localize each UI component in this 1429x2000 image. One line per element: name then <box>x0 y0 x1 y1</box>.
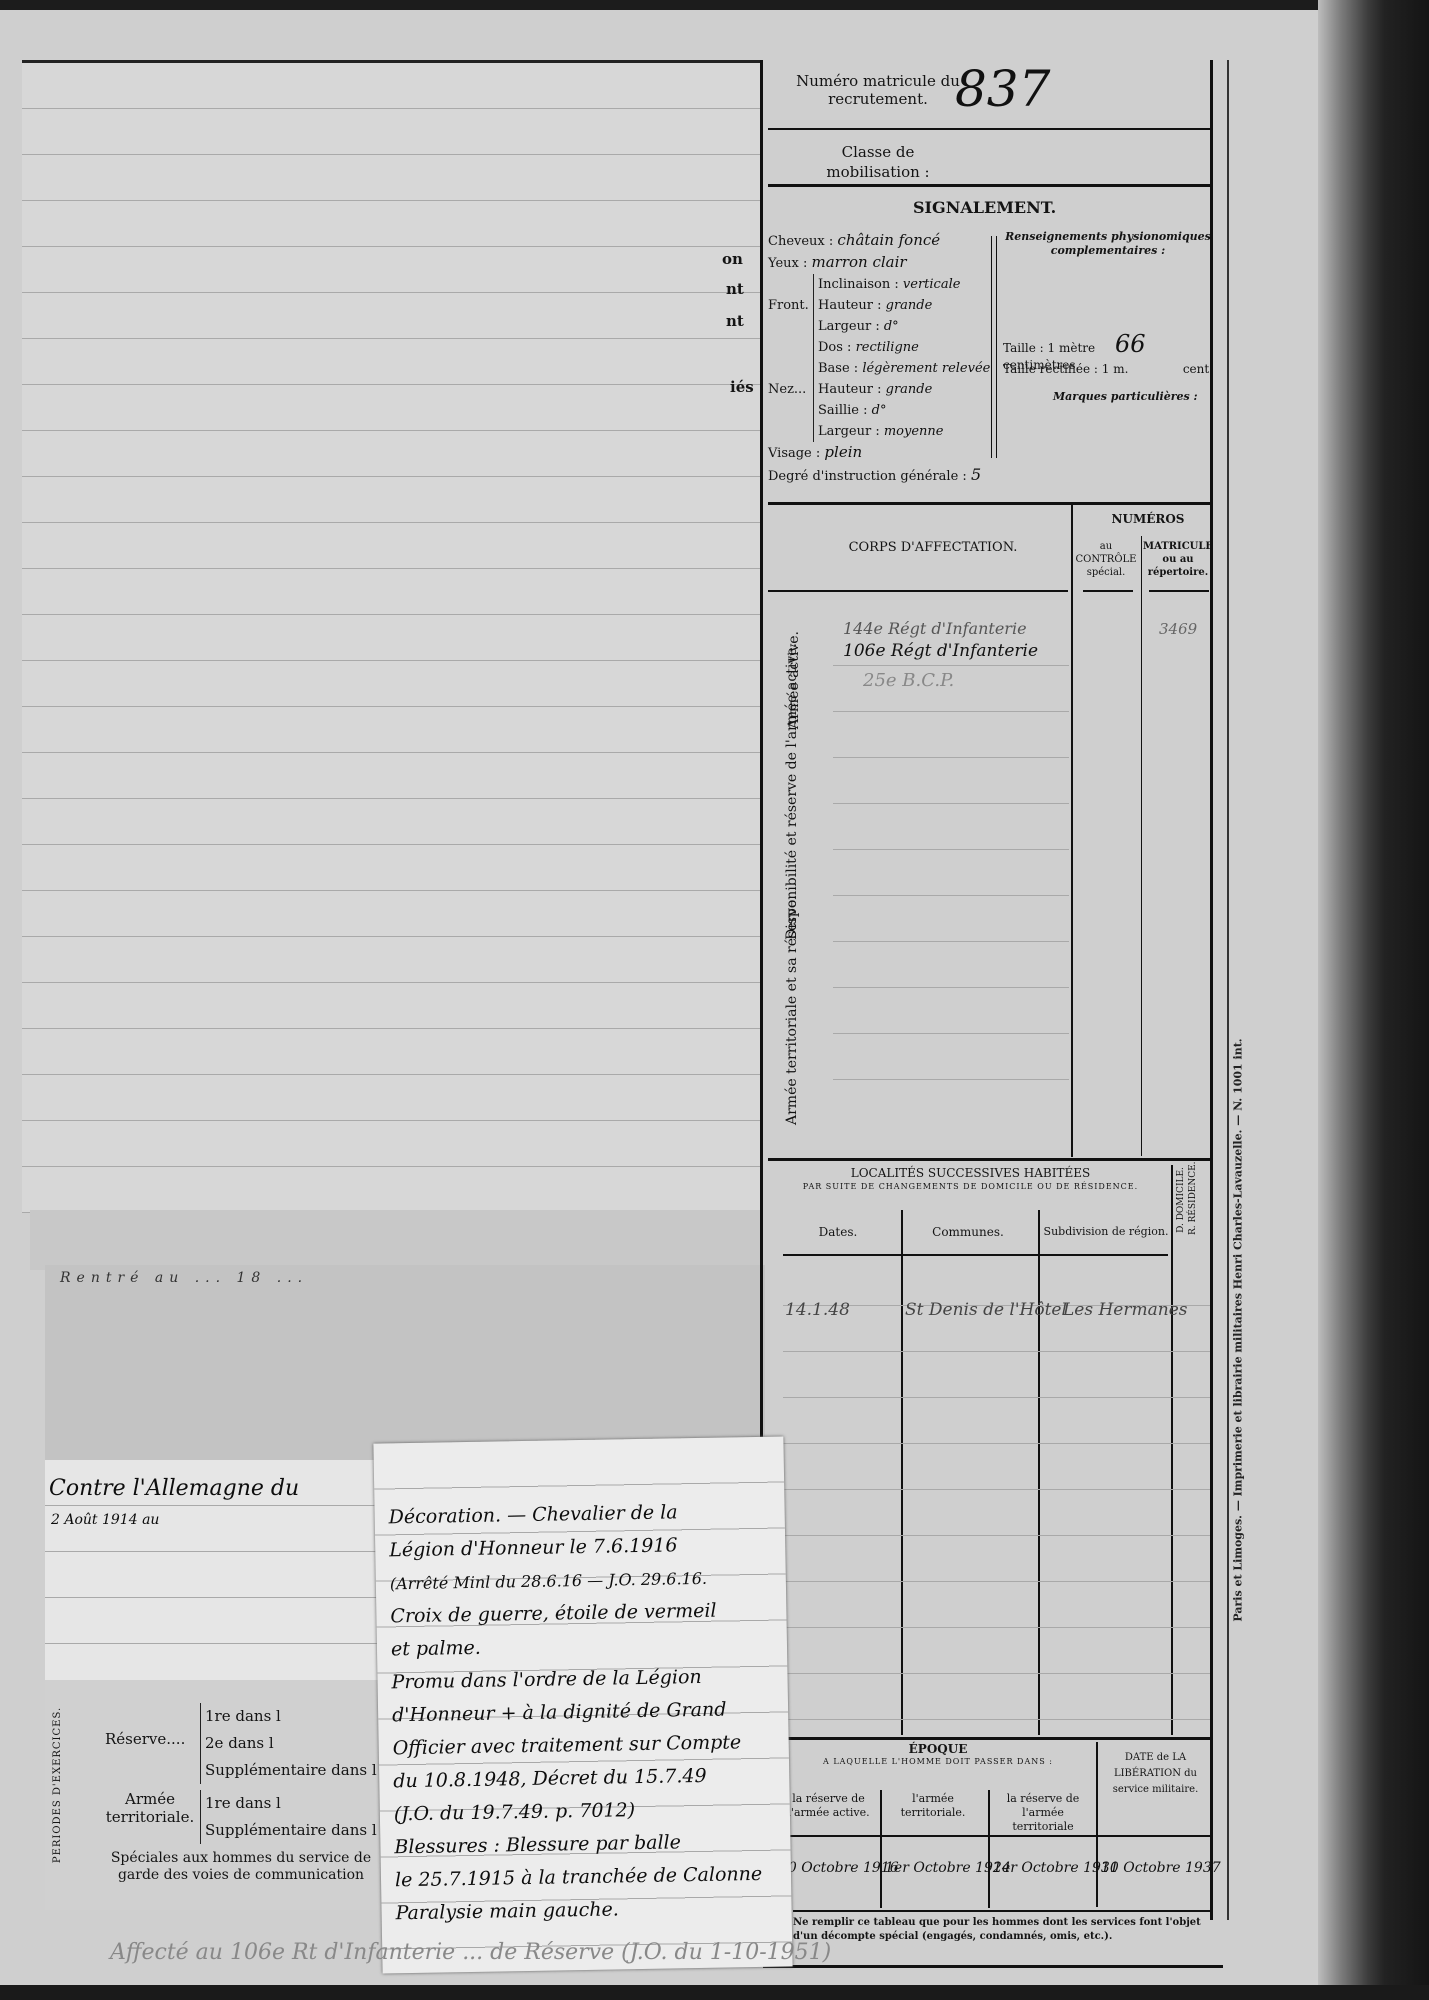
column-divider <box>1141 536 1142 1156</box>
column-divider <box>880 1790 882 1908</box>
bottom-faint-annotation: Affecté au 106e Rt d'Infanterie ... de R… <box>110 1940 831 1965</box>
cheveux-row: Cheveux : châtain foncé <box>768 230 998 252</box>
divider <box>768 128 1213 130</box>
divider <box>1083 590 1133 592</box>
folded-flap <box>30 1210 760 1270</box>
col-subdivision: Subdivision de région. <box>1041 1225 1171 1238</box>
epoque-title: ÉPOQUE <box>783 1742 1093 1756</box>
divider <box>768 502 1213 505</box>
periodes-section: PERIODES D'EXERCICES. Réserve.... 1re da… <box>45 1680 380 1910</box>
campagne-line: 2 Août 1914 au <box>51 1504 159 1537</box>
localites-ruled-area <box>783 1260 1213 1735</box>
col-reserve-territoriale: la réserve de l'armée territoriale <box>991 1792 1095 1834</box>
instruction-row: Degré d'instruction générale : 5 <box>768 464 998 487</box>
margin-fragment: on <box>722 250 743 268</box>
printer-imprint: Paris et Limoges. — Imprimerie et librai… <box>1224 1000 1252 1660</box>
localites-title: LOCALITÉS SUCCESSIVES HABITÉES <box>773 1166 1168 1180</box>
decoration-card: Décoration. — Chevalier de la Légion d'H… <box>373 1436 792 1973</box>
col-dates: Dates. <box>783 1225 893 1239</box>
corps-title: CORPS D'AFFECTATION. <box>783 540 1083 555</box>
left-handwritten-line: Rentré au ... 18 ... <box>60 1270 308 1286</box>
decoration-text: Décoration. — Chevalier de la Légion d'H… <box>388 1495 785 1931</box>
dr-header: D. DOMICILE.R. RÉSIDENCE. <box>1175 1165 1199 1235</box>
reserve-label: Réserve.... <box>105 1730 185 1748</box>
margin-fragment: nt <box>726 312 744 330</box>
signalement-title: SIGNALEMENT. <box>913 198 1056 217</box>
localite-date: 14.1.48 <box>785 1300 850 1320</box>
yeux-row: Yeux : marron clair <box>768 252 998 274</box>
front-group: Front. Inclinaison : verticale Hauteur :… <box>768 274 998 337</box>
epoque-value: 1er Octobre 1931 <box>993 1860 1119 1876</box>
bottom-edge <box>0 1985 1429 2000</box>
divider <box>768 590 1068 592</box>
numeros-title: NUMÉROS <box>1083 512 1213 526</box>
divider <box>768 184 1213 187</box>
territoriale-items: 1re dans l Supplémentaire dans l <box>200 1790 377 1844</box>
visage-row: Visage : plein <box>768 442 998 464</box>
localites-subtitle: PAR SUITE DE CHANGEMENTS DE DOMICILE OU … <box>773 1182 1168 1191</box>
column-divider <box>1071 505 1073 1157</box>
taille-value: 66 <box>1115 330 1146 358</box>
epoque-value: 1er Octobre 1924 <box>885 1860 1011 1876</box>
left-blank-page <box>22 60 762 1213</box>
epoque-value: 10 Octobre 1916 <box>779 1860 899 1876</box>
divider <box>783 1835 1213 1837</box>
folded-flap-lower <box>45 1265 765 1465</box>
localite-subdivision: Les Hermanes <box>1063 1300 1187 1320</box>
classe-label: Classe de mobilisation : <box>793 142 963 182</box>
campagne-line: Contre l'Allemagne du <box>49 1472 299 1505</box>
periodes-title: PERIODES D'EXERCICES. <box>51 1690 65 1880</box>
matricule-value: 837 <box>955 60 1050 118</box>
epoque-note: Ne remplir ce tableau que pour les homme… <box>793 1916 1213 1944</box>
localite-commune: St Denis de l'Hôtel <box>905 1300 1067 1320</box>
column-divider <box>988 1790 990 1908</box>
margin-fragment: iés <box>730 378 754 396</box>
matricule-header: MATRICULE ou au répertoire. <box>1143 540 1213 579</box>
reserve-items: 1re dans l 2e dans l Supplémentaire dans… <box>200 1703 377 1784</box>
epoque-subtitle: A LAQUELLE L'HOMME DOIT PASSER DANS : <box>783 1757 1093 1766</box>
signalement-list: Cheveux : châtain foncé Yeux : marron cl… <box>768 230 998 487</box>
divider <box>783 1737 1213 1740</box>
signalement-separator <box>991 236 997 458</box>
speciales-label: Spéciales aux hommes du service de garde… <box>105 1850 377 1884</box>
renseignements-label: Renseignements physionomiques complement… <box>1003 230 1213 258</box>
liberation-header: DATE de LA LIBÉRATION du service militai… <box>1098 1750 1213 1798</box>
col-communes: Communes. <box>903 1225 1033 1239</box>
matricule-number: 3469 <box>1159 620 1197 638</box>
divider <box>763 1965 1223 1968</box>
controle-header: au CONTRÔLE spécial. <box>1073 540 1139 579</box>
section-territoriale: Armée territoriale et sa réserve. <box>783 955 801 1125</box>
corps-ruled-area <box>833 620 1069 1125</box>
nez-group: Nez... Dos : rectiligne Base : légèremen… <box>768 337 998 442</box>
liberation-value: 10 Octobre 1937 <box>1101 1860 1221 1876</box>
divider <box>1149 590 1209 592</box>
divider <box>783 1254 1168 1256</box>
col-reserve-active: la réserve de l'armée active. <box>781 1792 876 1820</box>
divider <box>768 1158 1213 1161</box>
registration-form: Numéro matricule du recrutement. 837 Cla… <box>760 60 1233 1920</box>
marques-label: Marques particulières : <box>1053 390 1198 403</box>
territoriale-label: Armée territoriale. <box>105 1790 195 1826</box>
book-edge <box>1318 0 1429 2000</box>
matricule-label: Numéro matricule du recrutement. <box>793 72 963 108</box>
margin-fragment: nt <box>726 280 744 298</box>
col-territoriale: l'armée territoriale. <box>883 1792 983 1820</box>
taille-rectifiee-row: Taille rectifiée : 1 m.cent. <box>1003 362 1213 376</box>
divider <box>793 1910 1213 1912</box>
